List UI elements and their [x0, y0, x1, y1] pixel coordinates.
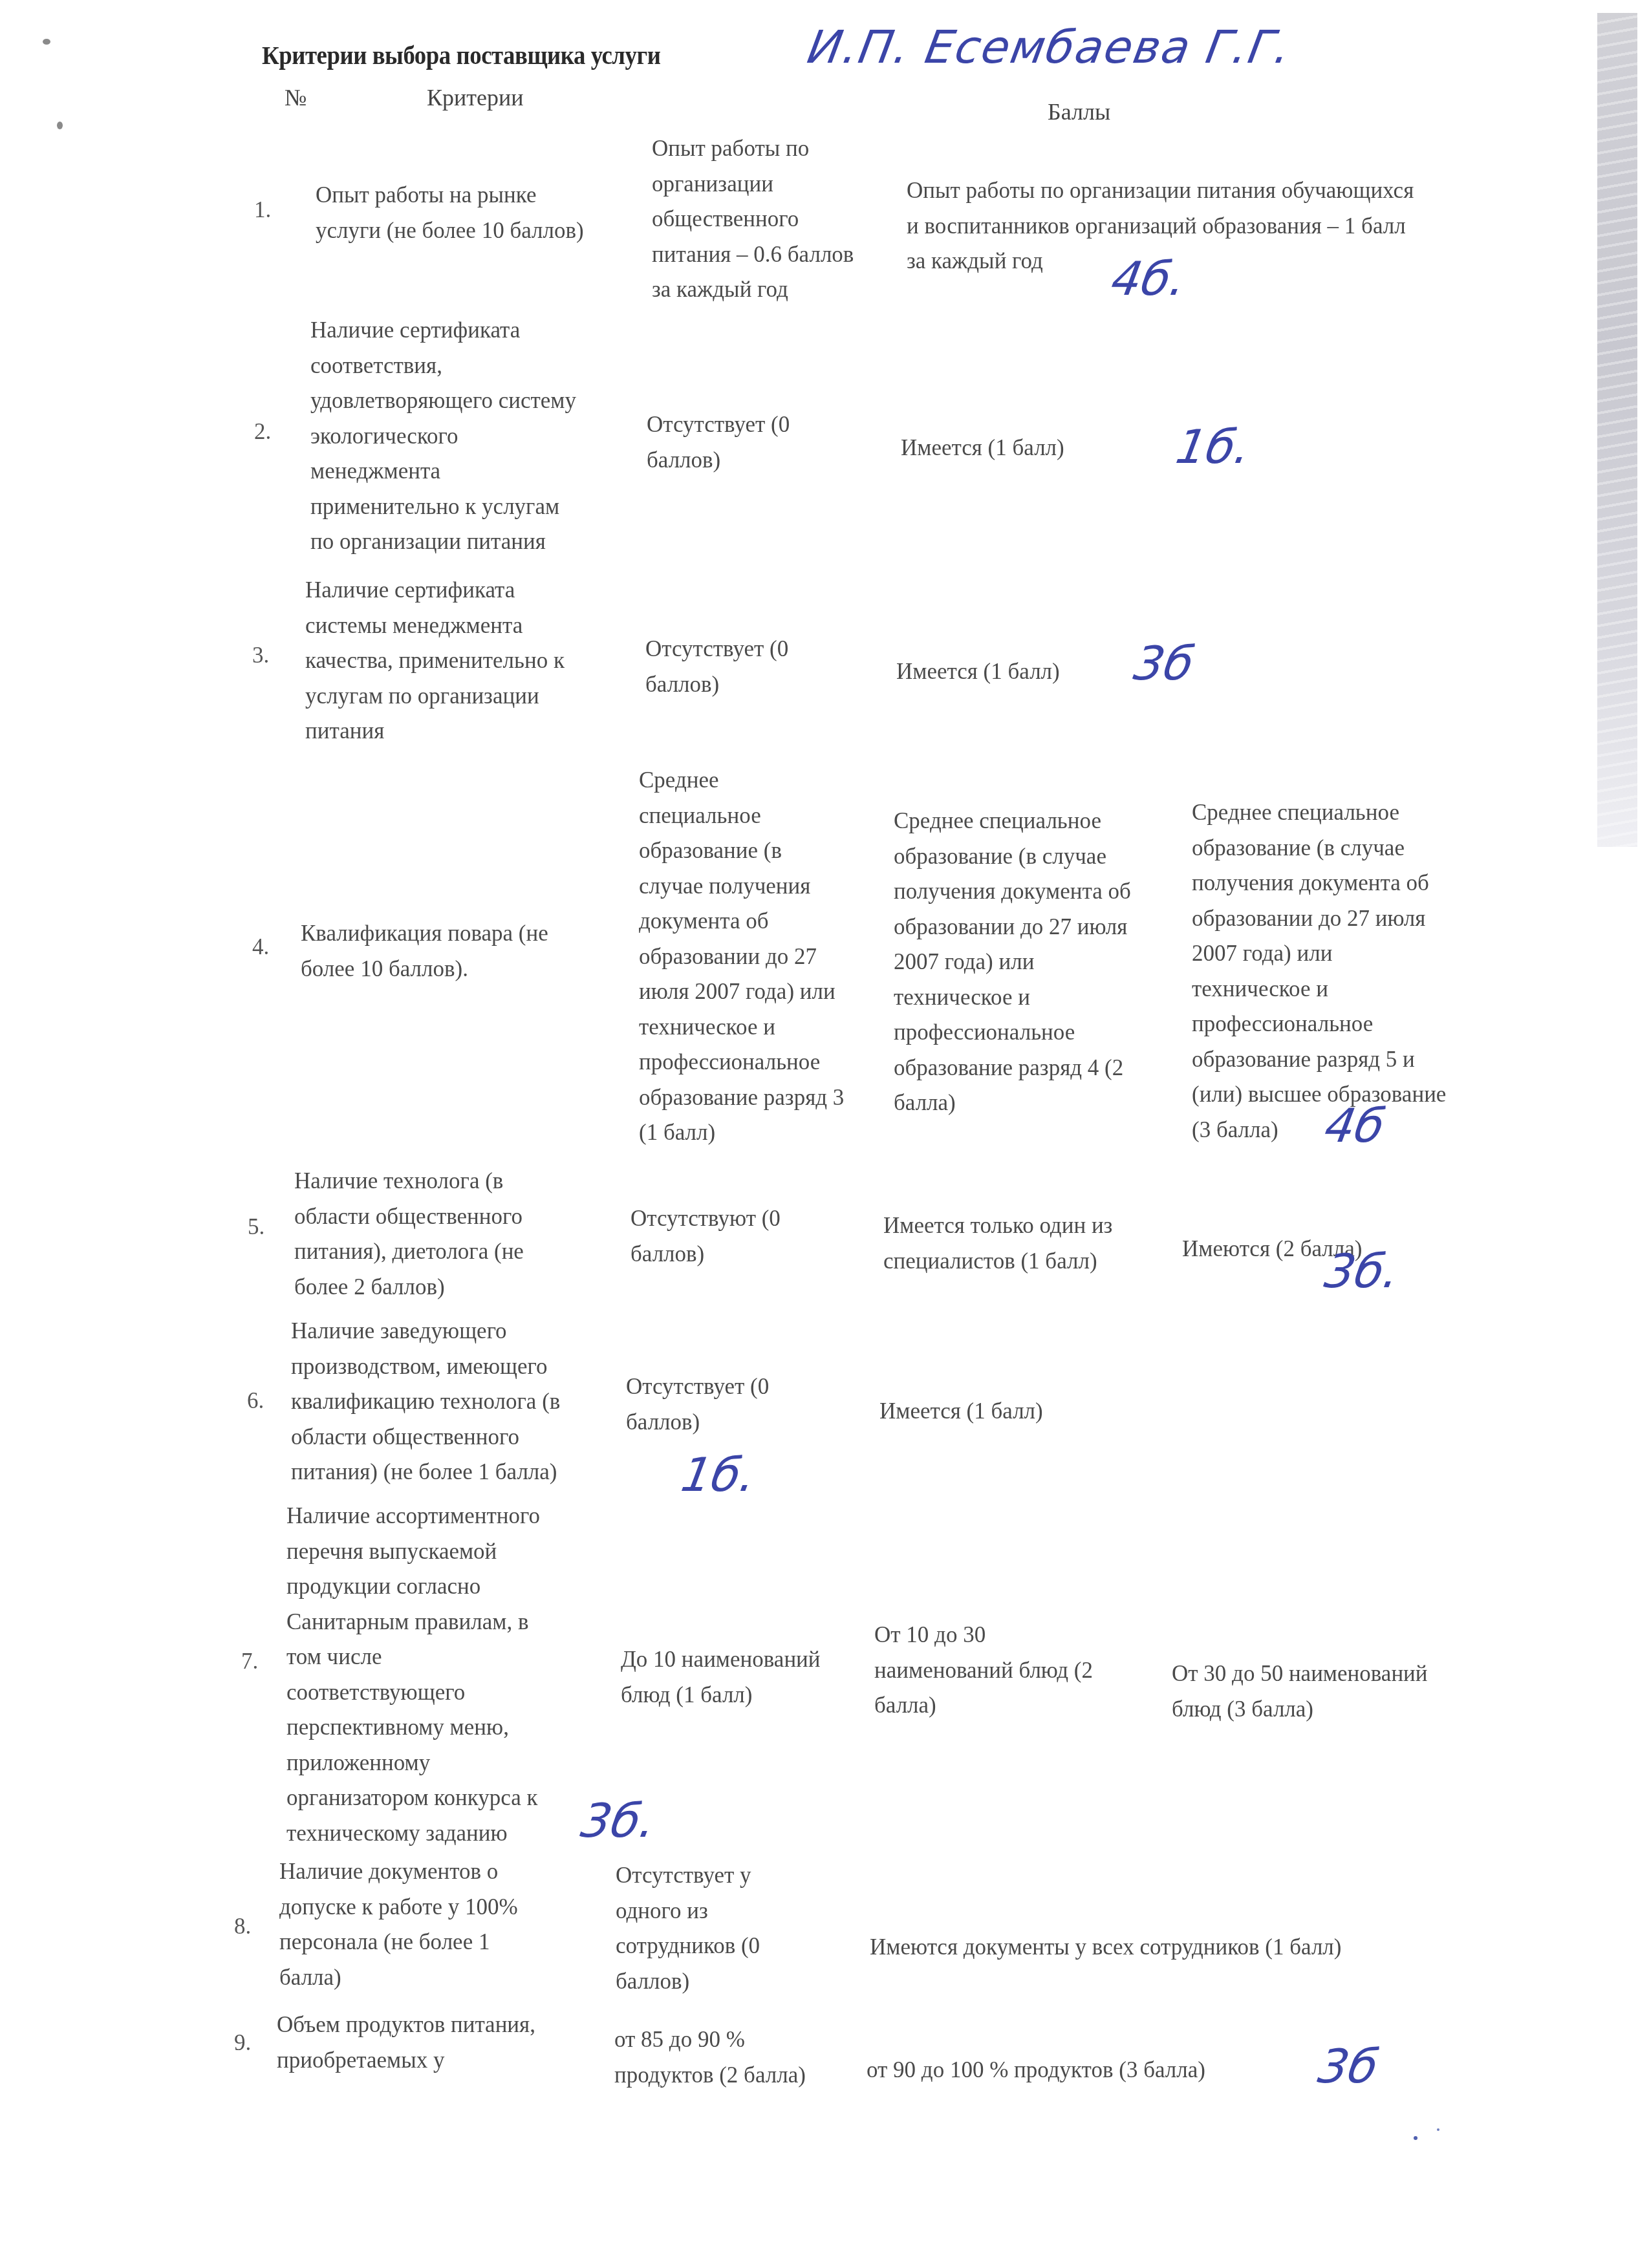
- handwritten-score: 4б: [1322, 1102, 1388, 1149]
- row-number: 5.: [248, 1214, 264, 1240]
- option-text: Отсутствует (0 баллов): [647, 407, 860, 478]
- option-text: Имеется (1 балл): [896, 654, 1155, 690]
- option-text: Имеется (1 балл): [901, 431, 1159, 466]
- scan-speck: [57, 122, 63, 129]
- row-number: 8.: [234, 1914, 251, 1940]
- row-number: 7.: [241, 1649, 258, 1674]
- handwritten-score: 3б.: [578, 1797, 660, 1844]
- option-text: от 85 до 90 % продуктов (2 балла): [614, 2022, 873, 2093]
- criterion-text: Наличие сертификата системы менеджмента …: [305, 573, 641, 749]
- handwritten-score: 3б.: [1322, 1248, 1403, 1294]
- option-text: Имеются документы у всех сотрудников (1 …: [870, 1930, 1529, 1965]
- row-number: 6.: [247, 1388, 264, 1414]
- option-text: Отсутствует у одного из сотрудников (0 б…: [616, 1858, 829, 1999]
- option-text: Отсутствуют (0 баллов): [630, 1201, 844, 1272]
- criterion-text: Наличие сертификата соответствия, удовле…: [310, 313, 647, 560]
- criterion-text: Опыт работы на рынке услуги (не более 10…: [316, 178, 652, 248]
- handwritten-score: 3б: [1131, 640, 1198, 687]
- row-number: 2.: [254, 419, 271, 445]
- handwritten-score: 4б.: [1108, 255, 1190, 302]
- header-points: Баллы: [1048, 98, 1110, 125]
- handwritten-score: 1б.: [1173, 423, 1255, 470]
- scan-edge-shadow: [1597, 13, 1637, 847]
- option-text: Отсутствует (0 баллов): [645, 632, 859, 702]
- option-text: Среднее специальное образование (в случа…: [894, 804, 1191, 1121]
- row-number: 9.: [234, 2030, 251, 2056]
- option-text: Среднее специальное образование (в случа…: [639, 763, 898, 1151]
- option-text: От 10 до 30 наименований блюд (2 балла): [874, 1618, 1159, 1724]
- row-number: 3.: [252, 643, 269, 669]
- handwritten-signature: И.П. Есембаева Г.Г.: [804, 25, 1295, 70]
- criterion-text: Наличие технолога (в области общественно…: [294, 1164, 630, 1305]
- ink-speck: [1437, 2128, 1439, 2131]
- criterion-text: Наличие ассортиментного перечня выпускае…: [286, 1499, 623, 1851]
- row-number: 4.: [252, 934, 269, 960]
- option-text: От 30 до 50 наименований блюд (3 балла): [1172, 1656, 1534, 1727]
- ink-speck: [1414, 2136, 1417, 2140]
- option-text: Отсутствует (0 баллов): [626, 1369, 839, 1440]
- row-number: 1.: [254, 197, 271, 223]
- option-text: Среднее специальное образование (в случа…: [1192, 795, 1528, 1148]
- handwritten-score: 3б: [1315, 2043, 1382, 2090]
- option-text: Опыт работы по организации питания обуча…: [907, 173, 1540, 279]
- option-text: Имеется только один из специалистов (1 б…: [883, 1208, 1181, 1279]
- criterion-text: Наличие заведующего производством, имеющ…: [291, 1314, 640, 1490]
- option-text: от 90 до 100 % продуктов (3 балла): [867, 2053, 1332, 2088]
- scan-speck: [43, 39, 50, 45]
- header-number: №: [285, 84, 307, 111]
- option-text: Опыт работы по организации общественного…: [652, 131, 898, 308]
- document-title: Критерии выбора поставщика услуги: [262, 40, 660, 70]
- handwritten-score: 1б.: [678, 1451, 760, 1498]
- criterion-text: Квалификация повара (не более 10 баллов)…: [301, 916, 637, 987]
- criterion-text: Наличие документов о допуске к работе у …: [279, 1854, 616, 1995]
- header-criteria: Критерии: [427, 84, 524, 111]
- option-text: Имеется (1 балл): [879, 1394, 1138, 1429]
- criterion-text: Объем продуктов питания, приобретаемых у: [277, 2007, 626, 2078]
- option-text: До 10 наименований блюд (1 балл): [621, 1642, 879, 1713]
